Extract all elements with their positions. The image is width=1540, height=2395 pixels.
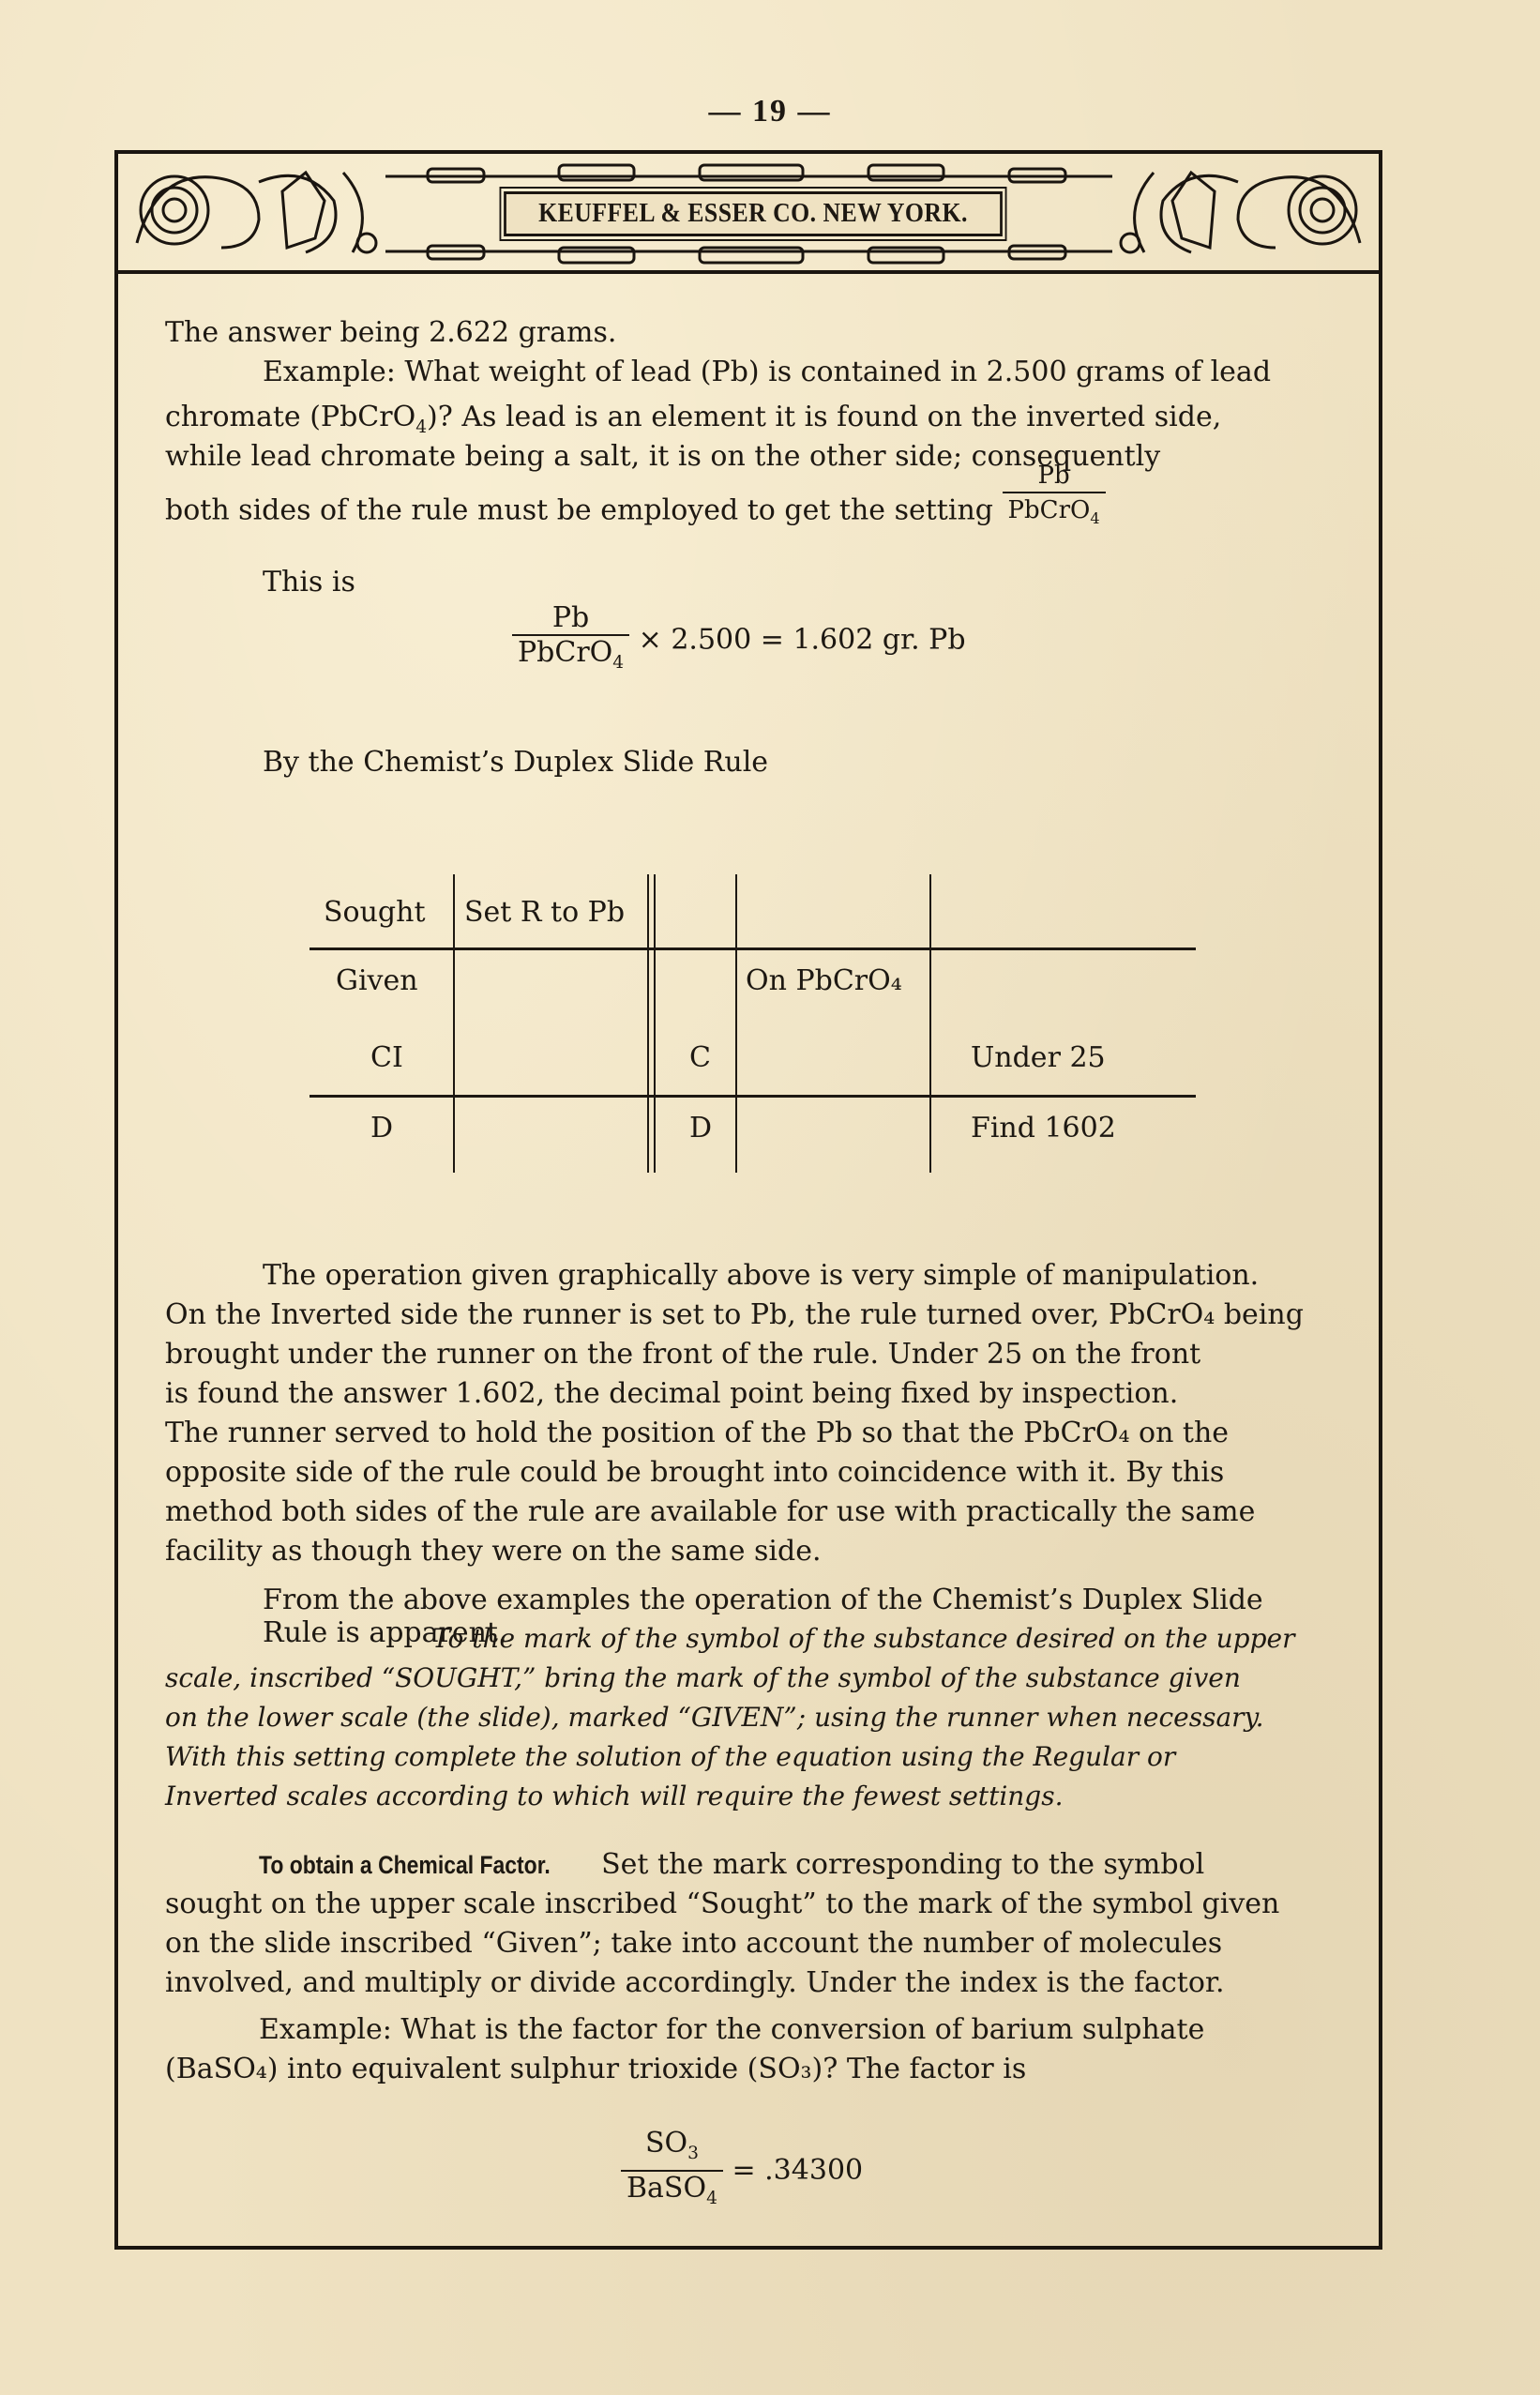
equation-factor: SO3 BaSO4 = .34300: [621, 2128, 863, 2216]
cell-d-right: D: [689, 1112, 712, 1144]
answer-line: The answer being 2.622 grams.: [165, 313, 616, 353]
example1-line4: both sides of the rule must be employed …: [165, 488, 1106, 536]
cell-on-pbcro4: On PbCrO₄: [746, 964, 902, 997]
cell-sought: Sought: [324, 896, 426, 929]
chemical-factor-heading: To obtain a Chemical Factor.: [259, 1851, 551, 1880]
cell-under-25: Under 25: [971, 1041, 1106, 1074]
cell-c: C: [689, 1041, 711, 1074]
header-banner: KEUFFEL & ESSER CO. NEW YORK.: [118, 154, 1379, 274]
this-is-label: This is: [263, 563, 355, 602]
company-banner-title: KEUFFEL & ESSER CO. NEW YORK.: [504, 191, 1003, 236]
cell-given: Given: [336, 964, 418, 997]
cell-ci: CI: [370, 1041, 403, 1074]
example1-line1: Example: What weight of lead (Pb) is con…: [263, 353, 1271, 392]
setting-fraction: Pb PbCrO4: [1003, 460, 1106, 536]
cell-find-1602: Find 1602: [971, 1112, 1116, 1144]
equation-lead: Pb PbCrO4 × 2.500 = 1.602 gr. Pb: [512, 602, 966, 680]
cell-set-r-to-pb: Set R to Pb: [464, 896, 625, 929]
duplex-rule-heading: By the Chemist’s Duplex Slide Rule: [263, 743, 768, 782]
cell-d-left: D: [370, 1112, 393, 1144]
page-number: — 19 —: [0, 94, 1540, 129]
